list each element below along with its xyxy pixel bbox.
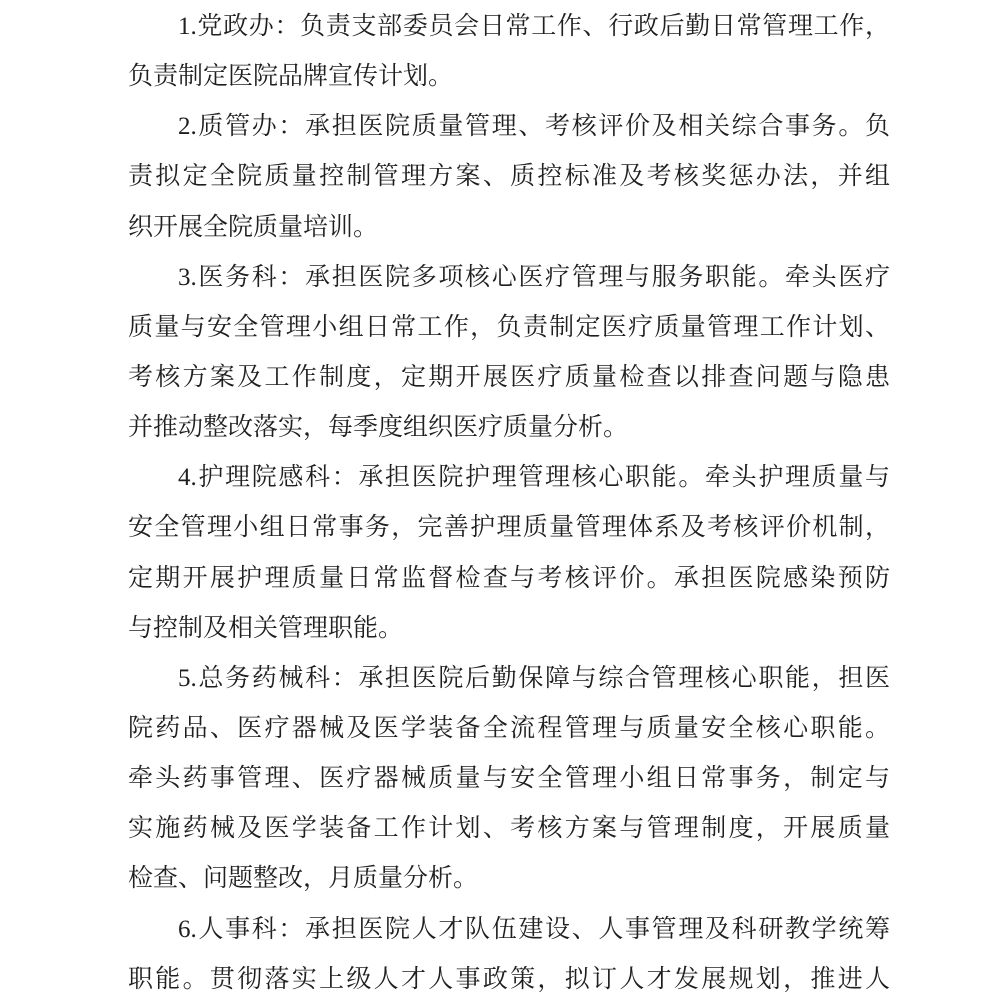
- document-page: 1.党政办：负责支部委员会日常工作、行政后勤日常管理工作， 负责制定医院品牌宣传…: [0, 0, 1000, 1003]
- text-line: 实施药械及医学装备工作计划、考核方案与管理制度，开展质量: [128, 804, 890, 854]
- text-block: 1.党政办：负责支部委员会日常工作、行政后勤日常管理工作， 负责制定医院品牌宣传…: [128, 2, 890, 1003]
- text-line: 质量与安全管理小组日常工作，负责制定医疗质量管理工作计划、: [128, 303, 890, 353]
- text-line: 职能。贯彻落实上级人才人事政策，拟订人才发展规划，推进人: [128, 955, 890, 1003]
- paragraph-2-zhiguanban: 2.质管办：承担医院质量管理、考核评价及相关综合事务。负 责拟定全院质量控制管理…: [128, 102, 890, 252]
- text-line: 6.人事科：承担医院人才队伍建设、人事管理及科研教学统筹: [128, 905, 890, 955]
- text-line: 4.护理院感科：承担医院护理管理核心职能。牵头护理质量与: [128, 453, 890, 503]
- text-line: 负责制定医院品牌宣传计划。: [128, 52, 890, 102]
- text-line: 安全管理小组日常事务，完善护理质量管理体系及考核评价机制，: [128, 503, 890, 553]
- paragraph-4-huliyuanganke: 4.护理院感科：承担医院护理管理核心职能。牵头护理质量与 安全管理小组日常事务，…: [128, 453, 890, 654]
- text-line: 考核方案及工作制度，定期开展医疗质量检查以排查问题与隐患: [128, 353, 890, 403]
- text-line: 检查、问题整改，月质量分析。: [128, 854, 890, 904]
- text-line: 定期开展护理质量日常监督检查与考核评价。承担医院感染预防: [128, 554, 890, 604]
- text-line: 5.总务药械科：承担医院后勤保障与综合管理核心职能，担医: [128, 654, 890, 704]
- text-line: 牵头药事管理、医疗器械质量与安全管理小组日常事务，制定与: [128, 754, 890, 804]
- text-line: 3.医务科：承担医院多项核心医疗管理与服务职能。牵头医疗: [128, 253, 890, 303]
- text-line: 1.党政办：负责支部委员会日常工作、行政后勤日常管理工作，: [128, 2, 890, 52]
- text-line: 责拟定全院质量控制管理方案、质控标准及考核奖惩办法，并组: [128, 152, 890, 202]
- paragraph-6-renshike: 6.人事科：承担医院人才队伍建设、人事管理及科研教学统筹 职能。贯彻落实上级人才…: [128, 905, 890, 1003]
- text-line: 并推动整改落实，每季度组织医疗质量分析。: [128, 403, 890, 453]
- paragraph-5-zongwuyaoxieke: 5.总务药械科：承担医院后勤保障与综合管理核心职能，担医 院药品、医疗器械及医学…: [128, 654, 890, 905]
- paragraph-1-dangzhengban: 1.党政办：负责支部委员会日常工作、行政后勤日常管理工作， 负责制定医院品牌宣传…: [128, 2, 890, 102]
- paragraph-3-yiwuke: 3.医务科：承担医院多项核心医疗管理与服务职能。牵头医疗 质量与安全管理小组日常…: [128, 253, 890, 454]
- text-line: 织开展全院质量培训。: [128, 203, 890, 253]
- text-line: 与控制及相关管理职能。: [128, 604, 890, 654]
- text-line: 2.质管办：承担医院质量管理、考核评价及相关综合事务。负: [128, 102, 890, 152]
- text-line: 院药品、医疗器械及医学装备全流程管理与质量安全核心职能。: [128, 704, 890, 754]
